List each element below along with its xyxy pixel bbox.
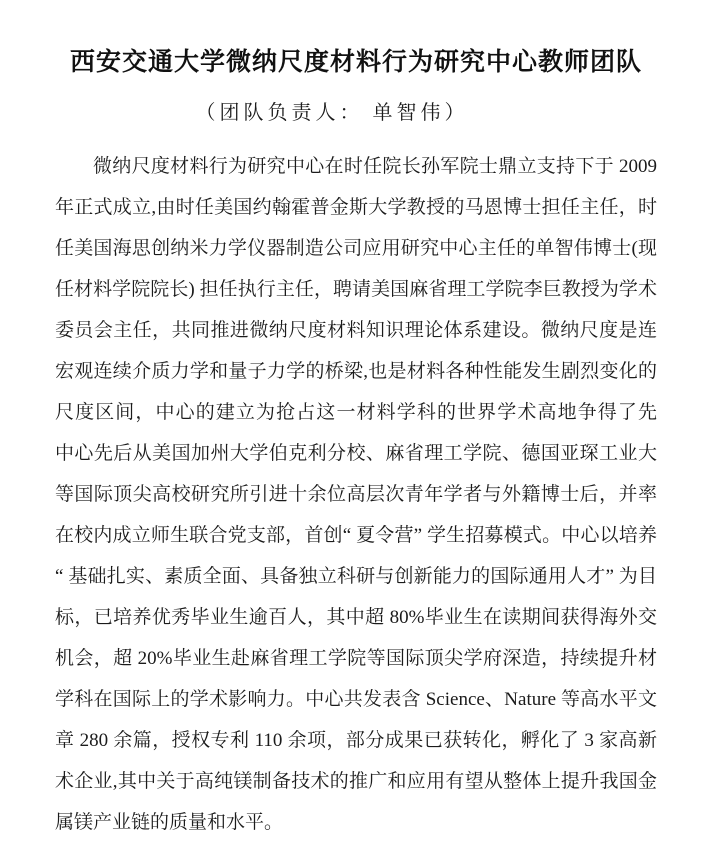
document-subtitle: （团队负责人： 单智伟） [31, 100, 633, 126]
paragraph-line: 章 280 余篇，授权专利 110 余项，部分成果已获转化，孵化了 3 家高新技 [55, 720, 657, 761]
document-paragraph: 微纳尺度材料行为研究中心在时任院长孙军院士鼎立支持下于 2009年正式成立,由时… [55, 146, 657, 843]
paragraph-line: 术企业,其中关于高纯镁制备技术的推广和应用有望从整体上提升我国金 [55, 761, 657, 802]
paragraph-line: 任美国海思创纳米力学仪器制造公司应用研究中心主任的单智伟博士(现 [55, 228, 657, 269]
paragraph-line: 属镁产业链的质量和水平。 [55, 802, 657, 843]
paragraph-line: 标，已培养优秀毕业生逾百人，其中超 80%毕业生在读期间获得海外交流 [55, 597, 657, 638]
paragraph-line: 中心先后从美国加州大学伯克利分校、麻省理工学院、德国亚琛工业大学 [55, 433, 657, 474]
paragraph-line: 年正式成立,由时任美国约翰霍普金斯大学教授的马恩博士担任主任，时 [55, 187, 657, 228]
paragraph-line: 微纳尺度材料行为研究中心在时任院长孙军院士鼎立支持下于 2009 [55, 146, 657, 187]
document-title: 西安交通大学微纳尺度材料行为研究中心教师团队 [55, 46, 657, 78]
paragraph-line: 在校内成立师生联合党支部，首创“ 夏令营” 学生招募模式。中心以培养 [55, 515, 657, 556]
paragraph-line: 委员会主任，共同推进微纳尺度材料知识理论体系建设。微纳尺度是连接 [55, 310, 657, 351]
paragraph-line: 任材料学院院长) 担任执行主任，聘请美国麻省理工学院李巨教授为学术 [55, 269, 657, 310]
paragraph-line: 学科在国际上的学术影响力。中心共发表含 Science、Nature 等高水平文 [55, 679, 657, 720]
paragraph-line: 机会，超 20%毕业生赴麻省理工学院等国际顶尖学府深造，持续提升材料 [55, 638, 657, 679]
paragraph-line: 宏观连续介质力学和量子力学的桥梁,也是材料各种性能发生剧烈变化的 [55, 351, 657, 392]
document-page: 西安交通大学微纳尺度材料行为研究中心教师团队 （团队负责人： 单智伟） 微纳尺度… [0, 0, 707, 867]
paragraph-line: 等国际顶尖高校研究所引进十余位高层次青年学者与外籍博士后，并率先 [55, 474, 657, 515]
paragraph-line: “ 基础扎实、素质全面、具备独立科研与创新能力的国际通用人才” 为目 [55, 556, 657, 597]
paragraph-line: 尺度区间，中心的建立为抢占这一材料学科的世界学术高地争得了先机。 [55, 392, 657, 433]
